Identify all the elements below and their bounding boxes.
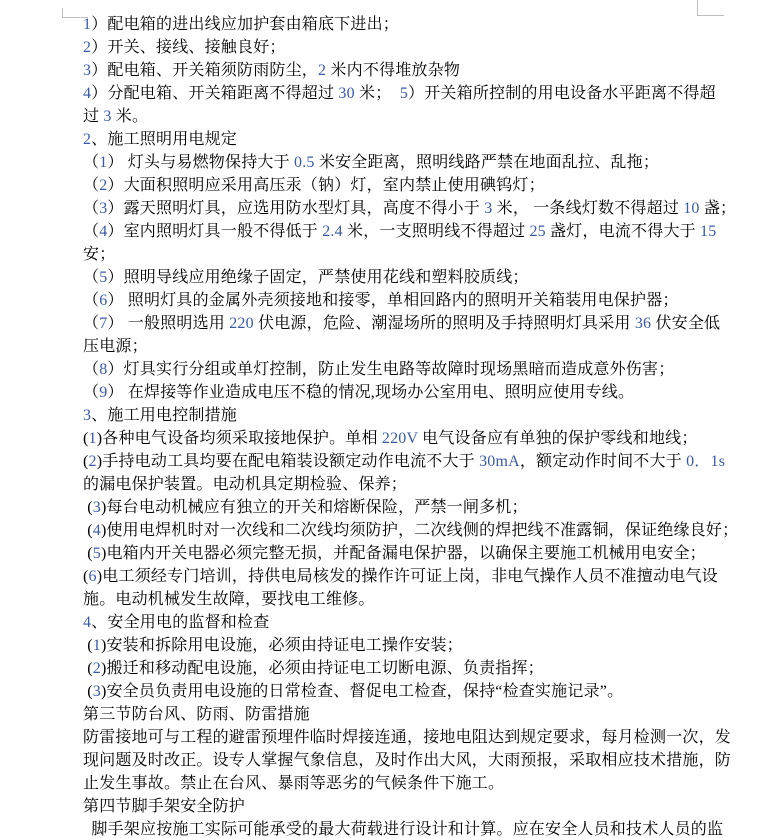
numeric-text: 9 [99,384,107,401]
numeric-text: 5 [93,545,101,562]
document-line: (2)搬迁和移动配电设施，必须由持证电工切断电源、负责指挥； [83,657,723,680]
numeric-text: 10 [683,200,699,217]
document-line: (3)安全员负责用电设施的日常检查、督促电工检查，保持“检查实施记录”。 [83,680,723,703]
numeric-text: 1 [99,154,107,171]
document-line: (4)使用电焊机时对一次线和二次线均须防护，二次线侧的焊把线不准露铜，保证绝缘良… [83,519,723,542]
numeric-text: 4 [93,522,101,539]
document-line: 施。电动机械发生故障，要找电工维修。 [83,588,723,611]
numeric-text: 1 [93,637,101,654]
numeric-text: 220 [229,315,254,332]
document-line: （3）露天照明灯具，应选用防水型灯具，高度不得小于 3 米， 一条线灯数不得超过… [83,197,723,220]
document-line: 的漏电保护装置。电动机具定期检验、保养； [83,473,723,496]
numeric-text: 15 [700,223,716,240]
document-line: 第三节防台风、防雨、防雷措施 [83,703,723,726]
numeric-text: 30mA [479,453,520,470]
numeric-text: 2 [89,453,97,470]
numeric-text: 3 [83,62,91,79]
numeric-text: 1 [89,430,97,447]
numeric-text: 3 [93,683,101,700]
document-line: （5）照明导线应用绝缘子固定，严禁使用花线和塑料胶质线； [83,266,723,289]
numeric-text: 6 [99,292,107,309]
numeric-text: 3 [99,200,107,217]
numeric-text: 6 [89,568,97,585]
document-line: (6)电工须经专门培训，持供电局核发的操作许可证上岗，非电气操作人员不准擅动电气… [83,565,723,588]
numeric-text: 36 [635,315,651,332]
numeric-text: 0．1s [686,453,725,470]
document-line: （8）灯具实行分组或单灯控制，防止发生电路等故障时现场黑暗而造成意外伤害； [83,358,723,381]
document-line: 现问题及时改正。设专人掌握气象信息，及时作出大风，大雨预报，采取相应技术措施，防 [83,749,723,772]
numeric-text: 3 [103,108,111,125]
numeric-text: 2 [83,131,91,148]
numeric-text: 4 [83,85,91,102]
numeric-text: 3 [484,200,492,217]
numeric-text: 2 [93,660,101,677]
document-line: 3）配电箱、开关箱须防雨防尘，2 米内不得堆放杂物 [83,59,723,82]
document-line: 止发生事故。禁止在台风、暴雨等恶劣的气候条件下施工。 [83,772,723,795]
document-line: 4）分配电箱、开关箱距离不得超过 30 米； 5）开关箱所控制的用电设备水平距离… [83,82,723,105]
document-line: (3)每台电动机械应有独立的开关和熔断保险，严禁一闸多机； [83,496,723,519]
document-line: （1） 灯头与易燃物保持大于 0.5 米安全距离，照明线路严禁在地面乱拉、乱拖； [83,151,723,174]
numeric-text: 2.4 [322,223,343,240]
numeric-text: 5 [400,85,408,102]
document-line: （9） 在焊接等作业造成电压不稳的情况,现场办公室用电、照明应使用专线。 [83,381,723,404]
numeric-text: 220V [382,430,418,447]
numeric-text: 3 [93,499,101,516]
document-line: 脚手架应按施工实际可能承受的最大荷载进行设计和计算。应在安全人员和技术人员的监 [83,818,723,838]
document-line: 安； [83,243,723,266]
numeric-text: 7 [99,315,107,332]
document-line: 3、施工用电控制措施 [83,404,723,427]
numeric-text: 2 [99,177,107,194]
document-page: 1）配电箱的进出线应加护套由箱底下进出；2）开关、接线、接触良好；3）配电箱、开… [0,0,779,838]
numeric-text: 0.5 [294,154,315,171]
numeric-text: 25 [529,223,545,240]
numeric-text: 1 [83,16,91,33]
document-line: 2、施工照明用电规定 [83,128,723,151]
numeric-text: 2 [318,62,326,79]
numeric-text: 30 [338,85,354,102]
document-content: 1）配电箱的进出线应加护套由箱底下进出；2）开关、接线、接触良好；3）配电箱、开… [83,13,723,838]
document-line: （7） 一般照明选用 220 伏电源，危险、潮湿场所的照明及手持照明灯具采用 3… [83,312,723,335]
numeric-text: 5 [99,269,107,286]
document-line: (1)安装和拆除用电设施，必须由持证电工操作安装； [83,634,723,657]
document-line: (1)各种电气设备均须采取接地保护。单相 220V 电气设备应有单独的保护零线和… [83,427,723,450]
document-line: 1）配电箱的进出线应加护套由箱底下进出； [83,13,723,36]
document-line: （2）大面积照明应采用高压汞（钠）灯，室内禁止使用碘钨灯； [83,174,723,197]
numeric-text: 2 [83,39,91,56]
numeric-text: 4 [99,223,107,240]
document-line: (5)电箱内开关电器必须完整无损，并配备漏电保护器，以确保主要施工机械用电安全； [83,542,723,565]
document-line: 4、安全用电的监督和检查 [83,611,723,634]
document-line: 过 3 米。 [83,105,723,128]
numeric-text: 8 [99,361,107,378]
document-line: 2）开关、接线、接触良好； [83,36,723,59]
numeric-text: 3 [83,407,91,424]
numeric-text: 4 [83,614,91,631]
document-line: 第四节脚手架安全防护 [83,795,723,818]
document-line: （6） 照明灯具的金属外壳须接地和接零，单相回路内的照明开关箱装用电保护器； [83,289,723,312]
document-line: (2)手持电动工具均要在配电箱装设额定动作电流不大于 30mA，额定动作时间不大… [83,450,723,473]
document-line: 压电源； [83,335,723,358]
document-line: （4）室内照明灯具一般不得低于 2.4 米，一支照明线不得超过 25 盏灯，电流… [83,220,723,243]
document-line: 防雷接地可与工程的避雷预埋件临时焊接连通，接地电阻达到规定要求，每月检测一次，发 [83,726,723,749]
